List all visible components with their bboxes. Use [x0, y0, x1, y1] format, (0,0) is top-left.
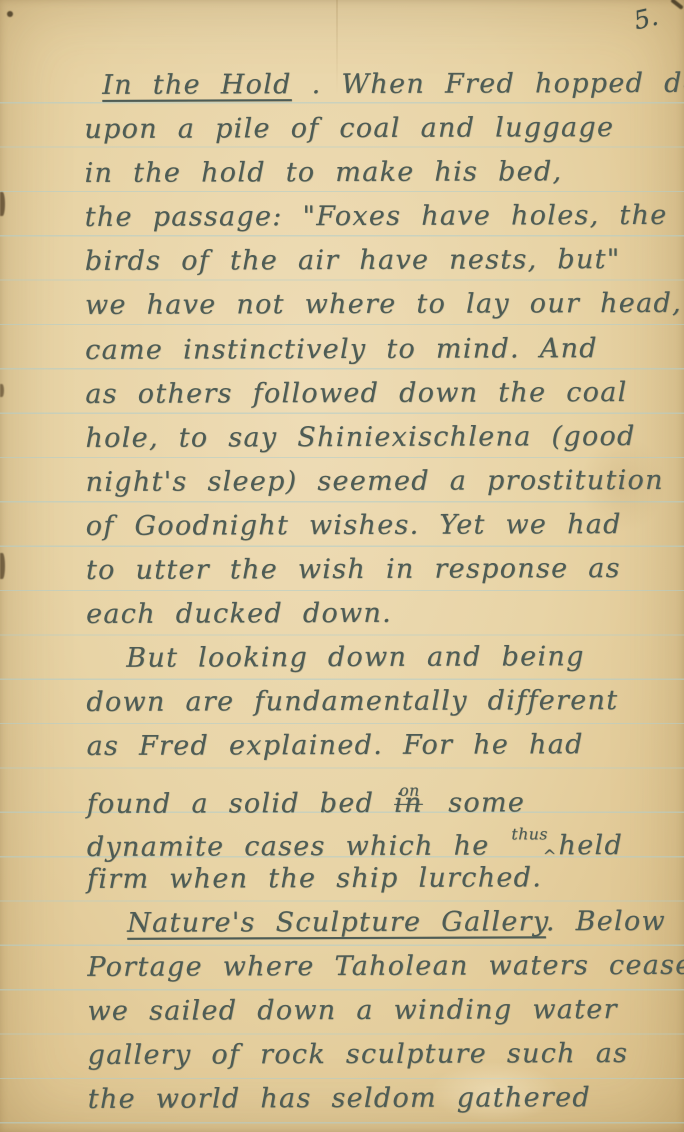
- text-segment: birds of the air have nests, but": [85, 244, 621, 277]
- inserted-correction: on: [399, 780, 420, 799]
- scan-artifact: [670, 0, 683, 10]
- scan-artifact: [7, 11, 13, 17]
- inserted-correction: thus: [511, 824, 548, 843]
- manuscript-line: gallery of rock sculpture such as: [2, 1032, 684, 1078]
- text-segment: each ducked down.: [86, 598, 392, 630]
- page-number: 5.: [631, 2, 661, 36]
- manuscript-line: Portage where Taholean waters cease,: [1, 944, 684, 990]
- text-segment: . Below: [546, 906, 666, 937]
- manuscript-line: found a solid bed inon some: [1, 767, 684, 813]
- text-segment: night's sleep) seemed a prostitution: [86, 465, 664, 498]
- text-segment: . When Fred hopped down: [292, 68, 684, 101]
- manuscript-line: upon a pile of coal and luggage: [0, 106, 682, 152]
- manuscript-line: in the hold to make his bed,: [0, 150, 683, 196]
- manuscript-line: of Goodnight wishes. Yet we had: [0, 503, 684, 549]
- manuscript-line: Nature's Sculpture Gallery. Below: [1, 900, 684, 946]
- section-heading: Nature's Sculpture Gallery: [127, 906, 546, 938]
- text-segment: in the hold to make his bed,: [84, 156, 562, 189]
- text-segment: gallery of rock sculpture such as: [88, 1038, 629, 1071]
- text-segment: came instinctively to mind. And: [85, 333, 598, 366]
- section-heading: In the Hold: [102, 69, 292, 101]
- manuscript-line: birds of the air have nests, but": [0, 238, 683, 284]
- manuscript-line: But looking down and being: [0, 635, 684, 681]
- text-segment: the world has seldom gathered: [88, 1082, 591, 1115]
- manuscript-line: each ducked down.: [0, 591, 684, 637]
- manuscript-line: the passage: "Foxes have holes, the: [0, 194, 683, 240]
- manuscript-line: down are fundamentally different: [0, 679, 684, 725]
- manuscript-line: we sailed down a winding water: [1, 988, 684, 1034]
- manuscript-line: night's sleep) seemed a prostitution: [0, 459, 684, 505]
- manuscript-line: as others followed down the coal: [0, 370, 683, 416]
- manuscript-line: hole, to say Shiniexischlena (good: [0, 415, 684, 461]
- manuscript-line: we have not where to lay our head,: [0, 282, 683, 328]
- text-segment: down are fundamentally different: [86, 685, 618, 718]
- manuscript-line: the world has seldom gathered: [2, 1076, 684, 1122]
- manuscript-lines: In the Hold . When Fred hopped downupon …: [0, 62, 684, 1123]
- text-segment: as Fred explained. For he had: [86, 730, 583, 763]
- text-segment: we have not where to lay our head,: [85, 288, 682, 321]
- manuscript-line: In the Hold . When Fred hopped down: [0, 62, 682, 108]
- insertion-caret: ^: [543, 846, 558, 865]
- text-segment: upon a pile of coal and luggage: [84, 112, 614, 145]
- text-segment: firm when the ship lurched.: [87, 862, 542, 895]
- text-segment: hole, to say Shiniexischlena (good: [85, 421, 635, 454]
- text-segment: of Goodnight wishes. Yet we had: [86, 509, 622, 542]
- journal-page: 5. In the Hold . When Fred hopped downup…: [0, 0, 684, 1132]
- manuscript-line: to utter the wish in response as: [0, 547, 684, 593]
- text-segment: held: [558, 830, 623, 861]
- manuscript-line: dynamite cases which he thus^held: [1, 811, 684, 857]
- manuscript-line: came instinctively to mind. And: [0, 326, 683, 372]
- text-segment: the passage: "Foxes have holes, the: [85, 200, 668, 233]
- text-segment: to utter the wish in response as: [86, 553, 621, 586]
- manuscript-line: firm when the ship lurched.: [1, 855, 684, 901]
- text-segment: Portage where Taholean waters cease,: [87, 950, 684, 983]
- text-segment: But looking down and being: [126, 641, 585, 674]
- text-segment: as others followed down the coal: [85, 377, 627, 410]
- text-segment: we sailed down a winding water: [87, 994, 617, 1027]
- manuscript-line: as Fred explained. For he had: [0, 723, 684, 769]
